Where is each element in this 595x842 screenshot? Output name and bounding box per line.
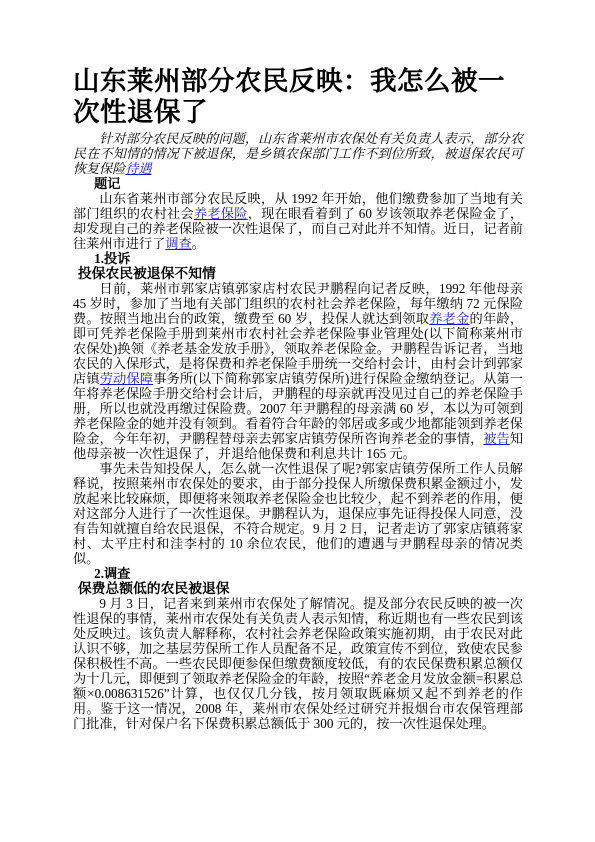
intro-paragraph: 针对部分农民反映的问题，山东省莱州市农保处有关负责人表示，部分农民在不知情的情况… xyxy=(73,131,523,176)
complaint-paragraph-1: 日前，莱州市郭家店镇郭家店村农民尹鹏程向记者反映，1992 年他母亲 45 岁时… xyxy=(73,281,523,461)
heading-section-1-number: 1.投诉 xyxy=(73,251,523,266)
heading-survey-section: 保费总额低的农民被退保 xyxy=(73,581,523,596)
preface-paragraph: 山东省莱州市部分农民反映，从 1992 年开始，他们缴费参加了当地有关部门组织的… xyxy=(73,191,523,251)
preface-text-3: 。 xyxy=(192,236,205,251)
heading-complaint-section: 投保农民被退保不知情 xyxy=(73,266,523,281)
heading-section-2-number: 2.调查 xyxy=(73,566,523,581)
informed-link[interactable]: 被告 xyxy=(483,431,509,446)
page-title: 山东莱州部分农民反映：我怎么被一次性退保了 xyxy=(73,66,523,128)
pension-insurance-link[interactable]: 养老保险 xyxy=(194,206,248,221)
complaint-paragraph-2: 事先未告知投保人，怎么就一次性退保了呢?郭家店镇劳保所工作人员解释说，按照莱州市… xyxy=(73,461,523,566)
labor-security-link[interactable]: 劳动保障 xyxy=(100,371,153,386)
heading-preface: 题记 xyxy=(73,176,523,191)
document-page: 山东莱州部分农民反映：我怎么被一次性退保了 针对部分农民反映的问题，山东省莱州市… xyxy=(0,0,595,842)
benefits-link[interactable]: 待遇 xyxy=(125,161,151,176)
pension-fund-link[interactable]: 养老金 xyxy=(429,311,469,326)
survey-paragraph: 9 月 3 日，记者来到莱州市农保处了解情况。提及部分农民反映的被一次性退保的事… xyxy=(73,596,523,731)
investigation-link[interactable]: 调查 xyxy=(165,236,191,251)
